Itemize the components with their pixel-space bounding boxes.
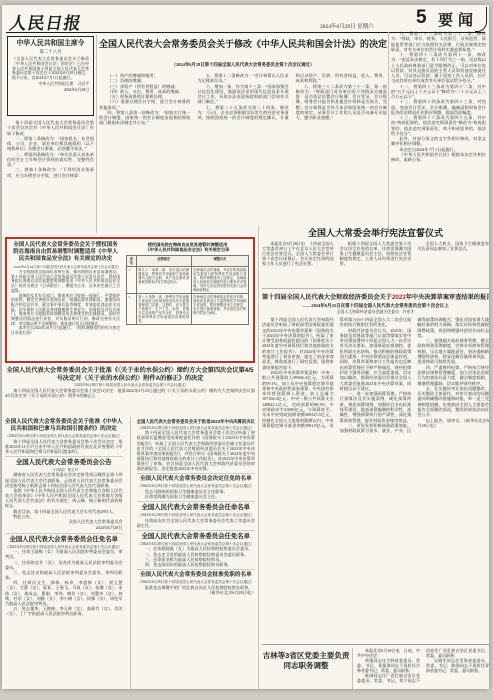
table-row: 1第九十二条第二款 首次进口的保健食品、特殊医学用途配方食品和婴幼儿配方乳粉，其…	[127, 266, 249, 293]
president-order-number: 第二十八号	[12, 49, 89, 55]
court-appointments-body: 一、任命王淑梅（女）为最高人民法院审判委员会委员、审判员。二、任命陈宜芳（女）、…	[5, 549, 123, 616]
lower-left-columns: 全国人民代表大会常务委员会关于批准《中华人民共和国和巴拿马共和国引渡条约》的决定…	[5, 417, 255, 689]
procuratorate-appointments-article: 全国人民代表大会常务委员会任免名单 （2024年6月28日第十四届全国人民代表大…	[137, 533, 255, 567]
col-header-adjust: 调整方式	[191, 255, 248, 266]
hainan-table-title-line2: 《中华人民共和国食品安全法》有关规定目录	[126, 247, 249, 252]
fiscal-report-headline: 第十四届全国人民代表大会财政经济委员会关于2023年中央决算草案审查结果的报告	[262, 292, 489, 301]
central-accounts-headline: 全国人民代表大会常务委员会关于批准2023年中央决算的决议	[137, 419, 255, 425]
procuratorate-appointments-body: 一、任命葛晓燕（女）为最高人民检察院检察委员会委员。二、免去史卫忠的最高人民检察…	[137, 546, 255, 567]
hainan-decision-subtitle: （2024年6月28日第十四届全国人民代表大会常务委员会第十次会议通过）	[11, 264, 120, 269]
table-body: 1第九十二条第二款 首次进口的保健食品、特殊医学用途配方食品和婴幼儿配方乳粉，其…	[127, 266, 249, 324]
decide-appointments-body: 免去马晓伟的国家卫生健康委员会主任职务。任命雷海潮为国家卫生健康委员会主任。	[137, 489, 255, 499]
section-title: 要闻	[438, 9, 478, 30]
npc-announcement-article: 全国人民代表大会常务委员会公告 〔十四届〕第五号 湖南省人民代表大会常务委员会决…	[5, 459, 123, 531]
page-number: 5	[416, 7, 427, 29]
column-divider	[96, 35, 97, 233]
article-separator	[137, 530, 255, 531]
panama-decision-body: 第十四届全国人民代表大会常务委员会第十次会议决定：批准2023年11月17日由中…	[5, 439, 123, 454]
party-adjustment-headline: 吉林等3省区党委主要负责同志职务调整	[262, 648, 352, 689]
npc-announcement-body: 湖南省人民代表大会常务委员会决定接受周云峰辞去第十四届全国人民代表大会代表职务。…	[5, 472, 123, 518]
lower-left-column-b: 全国人民代表大会常务委员会关于批准2023年中央决算的决议 （2024年6月28…	[130, 417, 255, 689]
panama-decision-article: 全国人民代表大会常务委员会关于批准《中华人民共和国和巴拿马共和国引渡条约》的决定…	[5, 419, 123, 454]
corner-bracket-decoration	[475, 7, 487, 32]
decide-appointments-headline: 全国人民代表大会常务委员会决定任免的名单	[137, 476, 255, 483]
masthead-logo: 人民日报	[8, 9, 84, 34]
headline-part-post: 年中央决算草案审查结果的报告	[406, 294, 489, 301]
approve-removal-sign: （新华社北京6月28日电）	[137, 590, 255, 596]
lower-left-column-a: 全国人民代表大会常务委员会关于批准《中华人民共和国和巴拿马共和国引渡条约》的决定…	[5, 417, 123, 689]
panama-decision-subtitle: （2024年6月28日第十四届全国人民代表大会常务委员会第十次会议通过）	[5, 434, 123, 439]
accounting-decision-body-right: 九、将第三十三条改为第三十二条，修改为：“财政、审计、税务、人民银行、证券监管、…	[391, 31, 486, 233]
article-separator	[137, 569, 255, 570]
president-order-signer: 中华人民共和国主席 习近平	[12, 82, 89, 87]
hainan-decision-body: 为支持海南全面深化改革开放，推动海南自由贸易港建设，第十四届全国人民代表大会常务…	[11, 270, 120, 358]
accounting-decision-headline: 全国人民代表大会常务委员会关于修改《中华人民共和国会计法》的决定	[99, 37, 387, 50]
mercury-decision-article: 全国人民代表大会常务委员会关于批准《〈关于汞的水俣公约〉缔约方大会第四次会议第4…	[5, 365, 255, 410]
approve-removal-subtitle: （2024年6月28日第十四届全国人民代表大会常务委员会第十次会议通过）	[137, 580, 255, 585]
fiscal-report-article: 第十四届全国人民代表大会财政经济委员会关于2023年中央决算草案审查结果的报告 …	[262, 288, 489, 633]
central-accounts-body: 第十四届全国人民代表大会常务委员会第十次会议听取了财政部部长蓝佛安受国务院委托作…	[137, 430, 255, 471]
appointment-list-body: 任命高友东为全国人民代表大会常务委员会代表工作委员会副主任。	[137, 518, 255, 528]
panama-decision-headline: 全国人民代表大会常务委员会关于批准《中华人民共和国和巴拿马共和国引渡条约》的决定	[5, 419, 123, 433]
court-appointments-headline: 全国人民代表大会常务委员会任免名单	[5, 536, 123, 544]
fiscal-report-subtitle: ——2024年6月25日在第十四届全国人民代表大会常务委员会第十次会议上	[262, 303, 489, 309]
npc-announcement-sign-date: 2024年6月28日	[5, 525, 123, 531]
header-date: 2024年6月29日 星期六	[320, 22, 374, 30]
headline-year-red: 2023	[392, 294, 406, 301]
column-divider	[258, 226, 259, 689]
hainan-decision-headline: 全国人民代表大会常务委员会关于授权国务院在海南自由贸易港暂时调整适用《中华人民共…	[11, 242, 120, 263]
col-header-law: 法律规定	[136, 255, 191, 266]
col-header-no: 序号	[127, 255, 137, 266]
hainan-adjustment-table: 序号 法律规定 调整方式 1第九十二条第二款 首次进口的保健食品、特殊医学用途配…	[126, 255, 249, 325]
oath-article: 全国人大常委会举行宪法宣誓仪式 本报北京6月28日电 十四届全国人大常委会28日…	[262, 226, 489, 277]
headline-part-pre: 第十四届全国人民代表大会财政经济委员会关于	[262, 294, 392, 301]
column-divider	[388, 32, 389, 233]
oath-body: 本报北京6月28日电 十四届全国人大常委会28日上午在北京人民大会堂举行宪法宣誓…	[262, 241, 489, 277]
article-separator	[137, 501, 255, 502]
president-order-box: 中华人民共和国主席令 第二十八号 《全国人民代表大会常务委员会关于修改〈中华人民…	[7, 36, 94, 116]
central-accounts-resolution-article: 全国人民代表大会常务委员会关于批准2023年中央决算的决议 （2024年6月28…	[137, 419, 255, 471]
npc-announcement-headline: 全国人民代表大会常务委员会公告	[5, 459, 123, 467]
newspaper-page: 人民日报 2024年6月29日 星期六 5 要闻 中华人民共和国主席令 第二十八…	[0, 0, 493, 700]
mercury-decision-body: 第十四届全国人民代表大会常务委员会第十次会议决定：批准2022年3月25日通过的…	[5, 388, 255, 410]
accounting-decision-body-left: 第十四届全国人民代表大会常务委员会第十次会议决定对《中华人民共和国会计法》作如下…	[7, 120, 94, 234]
fiscal-report-author: 全国人大财政经济委员会副主任委员 许宏才	[262, 310, 489, 315]
appointment-list-headline: 全国人民代表大会常务委员会任命名单	[137, 504, 255, 512]
paper-sheet: 人民日报 2024年6月29日 星期六 5 要闻 中华人民共和国主席令 第二十八…	[2, 5, 489, 689]
mercury-decision-headline: 全国人民代表大会常务委员会关于批准《〈关于汞的水俣公约〉缔约方大会第四次会议第4…	[5, 367, 255, 382]
approve-removal-article: 全国人民代表大会常务委员会批准免职的名单 （2024年6月28日第十四届全国人民…	[137, 572, 255, 596]
accounting-decision-subtitle: （2024年6月28日第十四届全国人民代表大会常务委员会第十次会议通过）	[99, 62, 387, 68]
article-separator	[137, 473, 255, 474]
accounting-decision-body-middle: （一）资产的增减和使用；（二）负债的增减；（三）净资产（所有者权益）的增减；（四…	[99, 73, 387, 233]
approve-removal-headline: 全国人民代表大会常务委员会批准免职的名单	[137, 572, 255, 579]
table-row: 2第八十条第一款 特殊医学用途配方食品应当经国务院食品安全监督管理部门注册。注册…	[127, 293, 249, 324]
party-adjustment-body: 本报北京6月28日电 日前，中共中央决定：黄强同志任吉林省委委员、常委、书记，景…	[352, 648, 489, 689]
hainan-decision-article: 全国人民代表大会常务委员会关于授权国务院在海南自由贸易港暂时调整适用《中华人民共…	[7, 239, 124, 361]
table-header-row: 序号 法律规定 调整方式	[127, 255, 249, 266]
oath-headline: 全国人大常委会举行宪法宣誓仪式	[262, 226, 489, 239]
appointment-list-article: 全国人民代表大会常务委员会任命名单 （2024年6月28日第十四届全国人民代表大…	[137, 504, 255, 528]
president-order-title: 中华人民共和国主席令	[12, 40, 89, 48]
party-adjustment-article: 吉林等3省区党委主要负责同志职务调整 本报北京6月28日电 日前，中共中央决定：…	[262, 644, 489, 689]
hainan-table-panel: 授权国务院在海南自由贸易港暂时调整适用 《中华人民共和国食品安全法》有关规定目录…	[124, 239, 253, 361]
decide-appointments-article: 全国人民代表大会常务委员会决定任免的名单 （2024年6月28日第十四届全国人民…	[137, 476, 255, 499]
president-order-body: 《全国人民代表大会常务委员会关于修改〈中华人民共和国会计法〉的决定》已由中华人民…	[12, 57, 89, 81]
article-separator	[5, 533, 123, 534]
hainan-decision-box: 全国人民代表大会常务委员会关于授权国务院在海南自由贸易港暂时调整适用《中华人民共…	[5, 237, 255, 363]
president-order-sign-date: 2024年6月28日	[12, 88, 89, 93]
procuratorate-appointments-headline: 全国人民代表大会常务委员会任免名单	[137, 533, 255, 541]
court-appointments-article: 全国人民代表大会常务委员会任免名单 （2024年6月28日第十四届全国人民代表大…	[5, 536, 123, 616]
article-separator	[5, 456, 123, 457]
fiscal-report-body: 第十四届全国人民代表大会财政经济委员会听取了财政部受国务院委托提交的2023年中…	[262, 317, 489, 633]
